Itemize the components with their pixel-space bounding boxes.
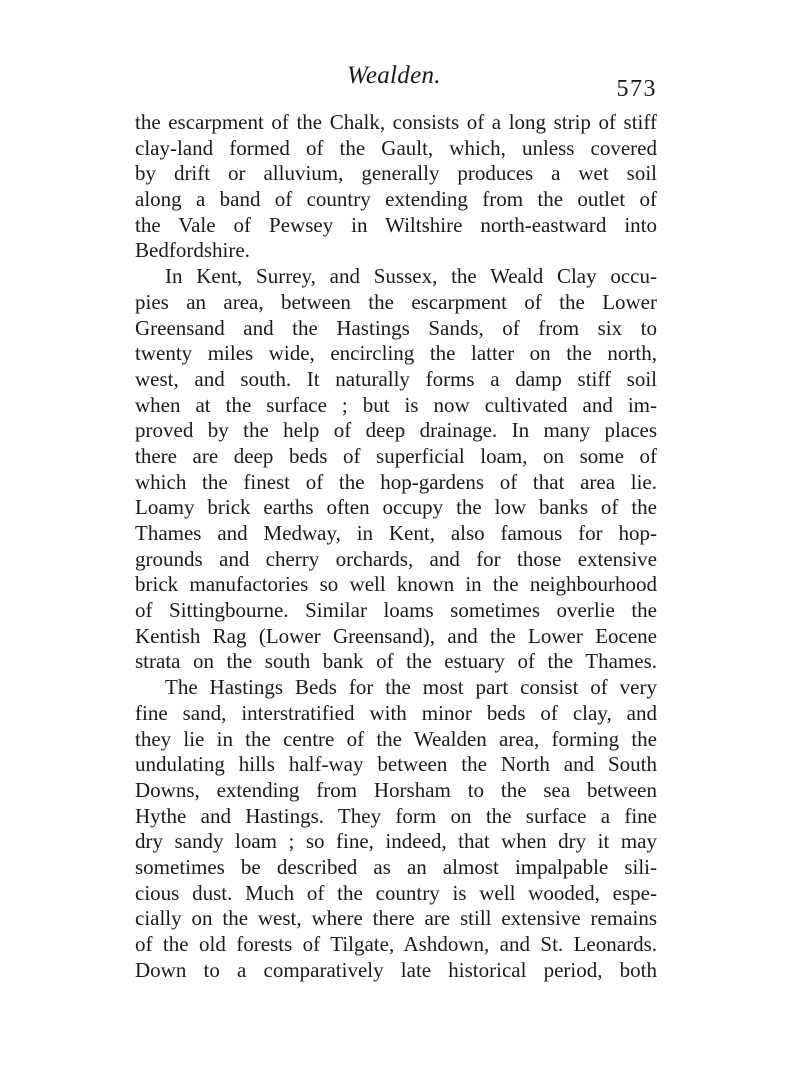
text-line: Bedfordshire. — [135, 238, 657, 264]
text-line: which the finest of the hop-gardens of t… — [135, 470, 657, 496]
text-line: Greensand and the Hastings Sands, of fro… — [135, 316, 657, 342]
text-line: Loamy brick earths often occupy the low … — [135, 495, 657, 521]
text-line: west, and south. It naturally forms a da… — [135, 367, 657, 393]
text-line: cially on the west, where there are stil… — [135, 906, 657, 932]
text-line: of Sittingbourne. Similar loams sometime… — [135, 598, 657, 624]
text-line: undulating hills half-way between the No… — [135, 752, 657, 778]
text-line: Downs, extending from Horsham to the sea… — [135, 778, 657, 804]
text-line: the Vale of Pewsey in Wiltshire north-ea… — [135, 213, 657, 239]
paragraph: The Hastings Beds for the most part cons… — [135, 675, 657, 983]
text-line: when at the surface ; but is now cultiva… — [135, 393, 657, 419]
text-line: Hythe and Hastings. They form on the sur… — [135, 804, 657, 830]
text-line: clay-land formed of the Gault, which, un… — [135, 136, 657, 162]
text-line: they lie in the centre of the Wealden ar… — [135, 727, 657, 753]
chapter-running-title: Wealden. — [347, 60, 441, 92]
text-line: by drift or alluvium, generally produces… — [135, 161, 657, 187]
text-line: proved by the help of deep drainage. In … — [135, 418, 657, 444]
text-line: pies an area, between the escarpment of … — [135, 290, 657, 316]
paragraph: In Kent, Surrey, and Sussex, the Weald C… — [135, 264, 657, 675]
text-line: of the old forests of Tilgate, Ashdown, … — [135, 932, 657, 958]
paragraph: the escarpment of the Chalk, consists of… — [135, 110, 657, 264]
text-line: there are deep beds of superficial loam,… — [135, 444, 657, 470]
text-line: grounds and cherry orchards, and for tho… — [135, 547, 657, 573]
text-line: along a band of country extending from t… — [135, 187, 657, 213]
text-line: dry sandy loam ; so fine, indeed, that w… — [135, 829, 657, 855]
body-text: the escarpment of the Chalk, consists of… — [135, 110, 657, 983]
running-head: Wealden. 573 — [135, 60, 657, 100]
text-line: Thames and Medway, in Kent, also famous … — [135, 521, 657, 547]
text-line: cious dust. Much of the country is well … — [135, 881, 657, 907]
text-line: twenty miles wide, encircling the latter… — [135, 341, 657, 367]
page-number: 573 — [617, 74, 658, 104]
text-line: sometimes be described as an almost impa… — [135, 855, 657, 881]
text-line: strata on the south bank of the estuary … — [135, 649, 657, 675]
text-line: Kentish Rag (Lower Greensand), and the L… — [135, 624, 657, 650]
text-line: Down to a comparatively late historical … — [135, 958, 657, 984]
text-line: fine sand, interstratified with minor be… — [135, 701, 657, 727]
book-page: Wealden. 573 the escarpment of the Chalk… — [0, 0, 795, 1075]
text-line: In Kent, Surrey, and Sussex, the Weald C… — [135, 264, 657, 290]
text-line: the escarpment of the Chalk, consists of… — [135, 110, 657, 136]
text-line: brick manufactories so well known in the… — [135, 572, 657, 598]
text-line: The Hastings Beds for the most part cons… — [135, 675, 657, 701]
